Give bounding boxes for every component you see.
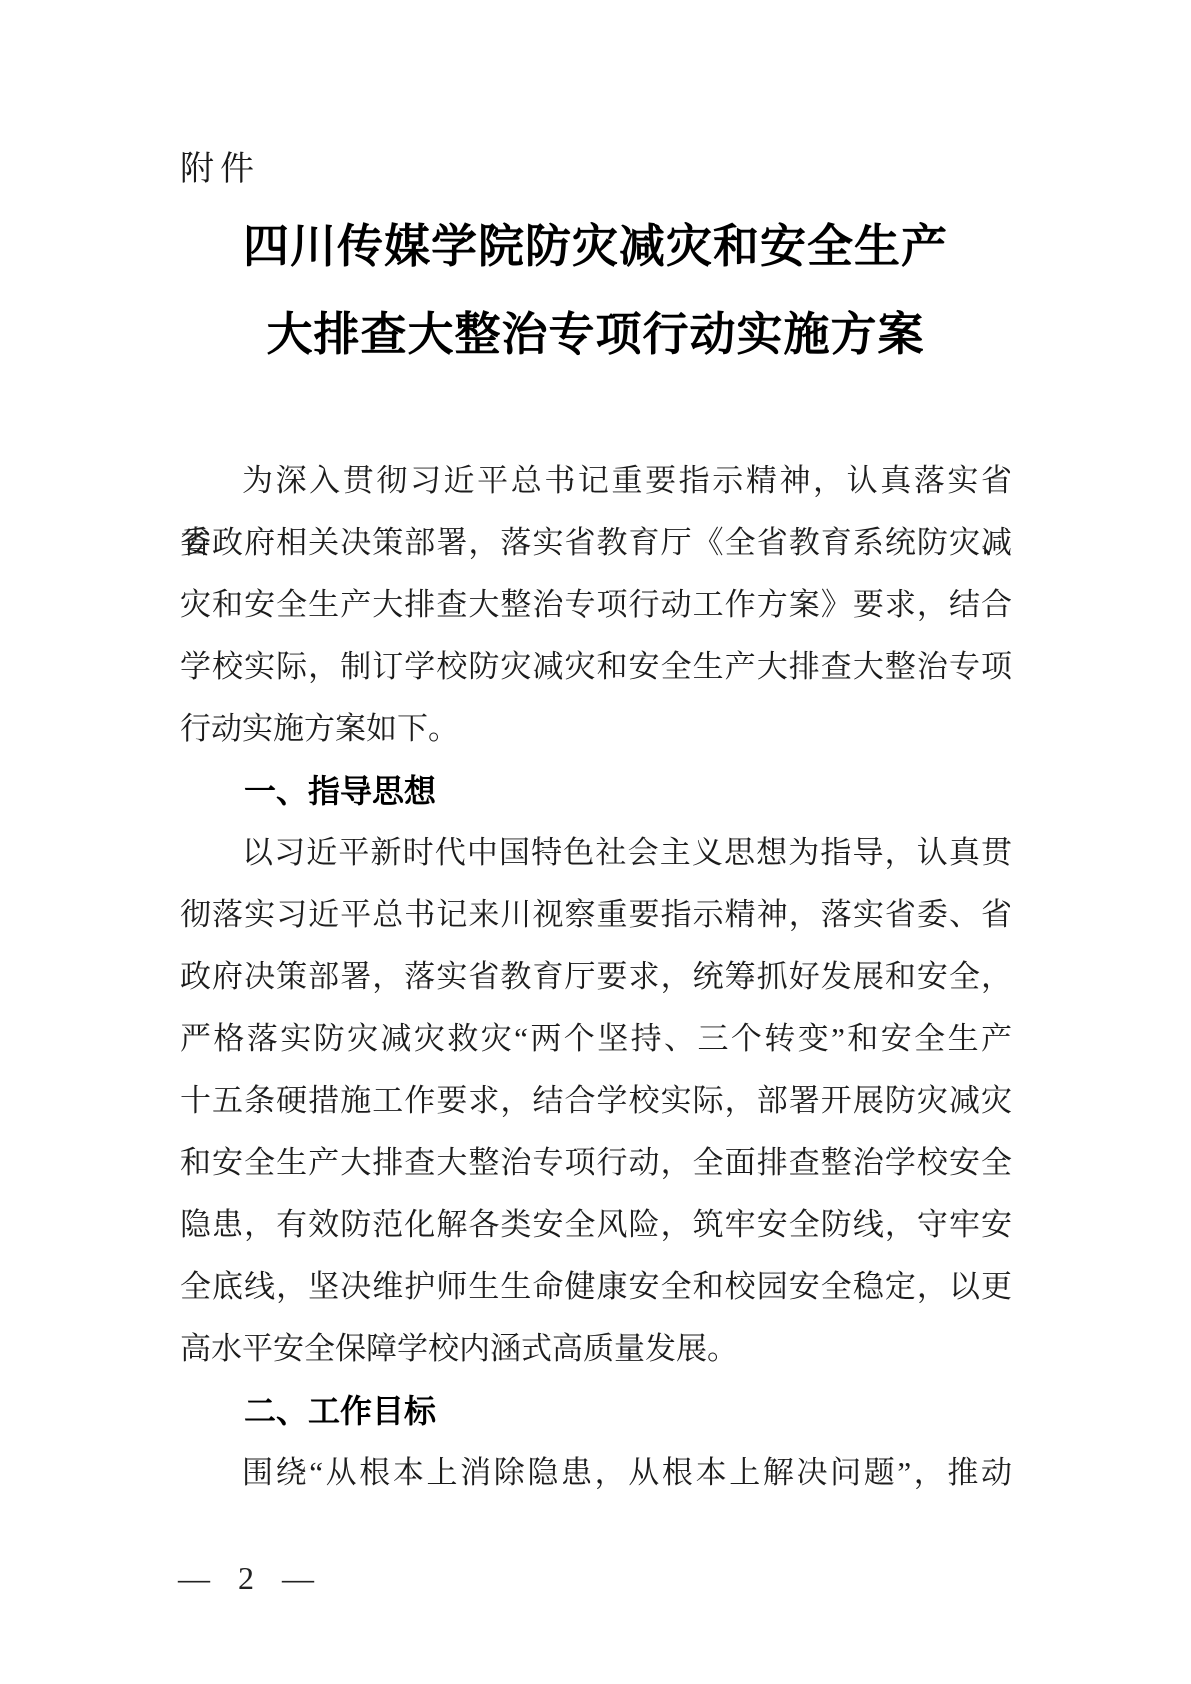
body-line: 全底线，坚决维护师生生命健康安全和校园安全稳定，以更 <box>180 1256 1012 1318</box>
body-line: 学校实际，制订学校防灾减灾和安全生产大排查大整治专项 <box>180 636 1012 698</box>
section-heading-guiding-ideology: 一、指导思想 <box>180 760 1012 822</box>
attachment-label: 附件 <box>180 148 260 192</box>
body-line: 彻落实习近平总书记来川视察重要指示精神，落实省委、省 <box>180 884 1012 946</box>
body-line: 政府决策部署，落实省教育厅要求，统筹抓好发展和安全， <box>180 946 1012 1008</box>
body-line: 为深入贯彻习近平总书记重要指示精神，认真落实省委、 <box>180 450 1012 512</box>
body-line: 十五条硬措施工作要求，结合学校实际，部署开展防灾减灾 <box>180 1070 1012 1132</box>
page-number: — 2 — <box>178 1558 324 1598</box>
body-line: 和安全生产大排查大整治专项行动，全面排查整治学校安全 <box>180 1132 1012 1194</box>
document-body: 为深入贯彻习近平总书记重要指示精神，认真落实省委、 省政府相关决策部署，落实省教… <box>180 450 1012 1504</box>
document-title-line-2: 大排查大整治专项行动实施方案 <box>0 291 1191 379</box>
body-line: 高水平安全保障学校内涵式高质量发展。 <box>180 1318 1012 1380</box>
body-line: 严格落实防灾减灾救灾“两个坚持、三个转变”和安全生产 <box>180 1008 1012 1070</box>
body-line: 省政府相关决策部署，落实省教育厅《全省教育系统防灾减 <box>180 512 1012 574</box>
document-page: 附件 四川传媒学院防灾减灾和安全生产 大排查大整治专项行动实施方案 为深入贯彻习… <box>0 0 1191 1684</box>
section-heading-work-goals: 二、工作目标 <box>180 1380 1012 1442</box>
body-line: 行动实施方案如下。 <box>180 698 1012 760</box>
body-line: 灾和安全生产大排查大整治专项行动工作方案》要求，结合 <box>180 574 1012 636</box>
document-title-line-1: 四川传媒学院防灾减灾和安全生产 <box>0 203 1191 291</box>
body-line: 以习近平新时代中国特色社会主义思想为指导，认真贯 <box>180 822 1012 884</box>
body-line: 围绕“从根本上消除隐患，从根本上解决问题”，推动 <box>180 1442 1012 1504</box>
body-line: 隐患，有效防范化解各类安全风险，筑牢安全防线，守牢安 <box>180 1194 1012 1256</box>
document-title: 四川传媒学院防灾减灾和安全生产 大排查大整治专项行动实施方案 <box>0 203 1191 379</box>
